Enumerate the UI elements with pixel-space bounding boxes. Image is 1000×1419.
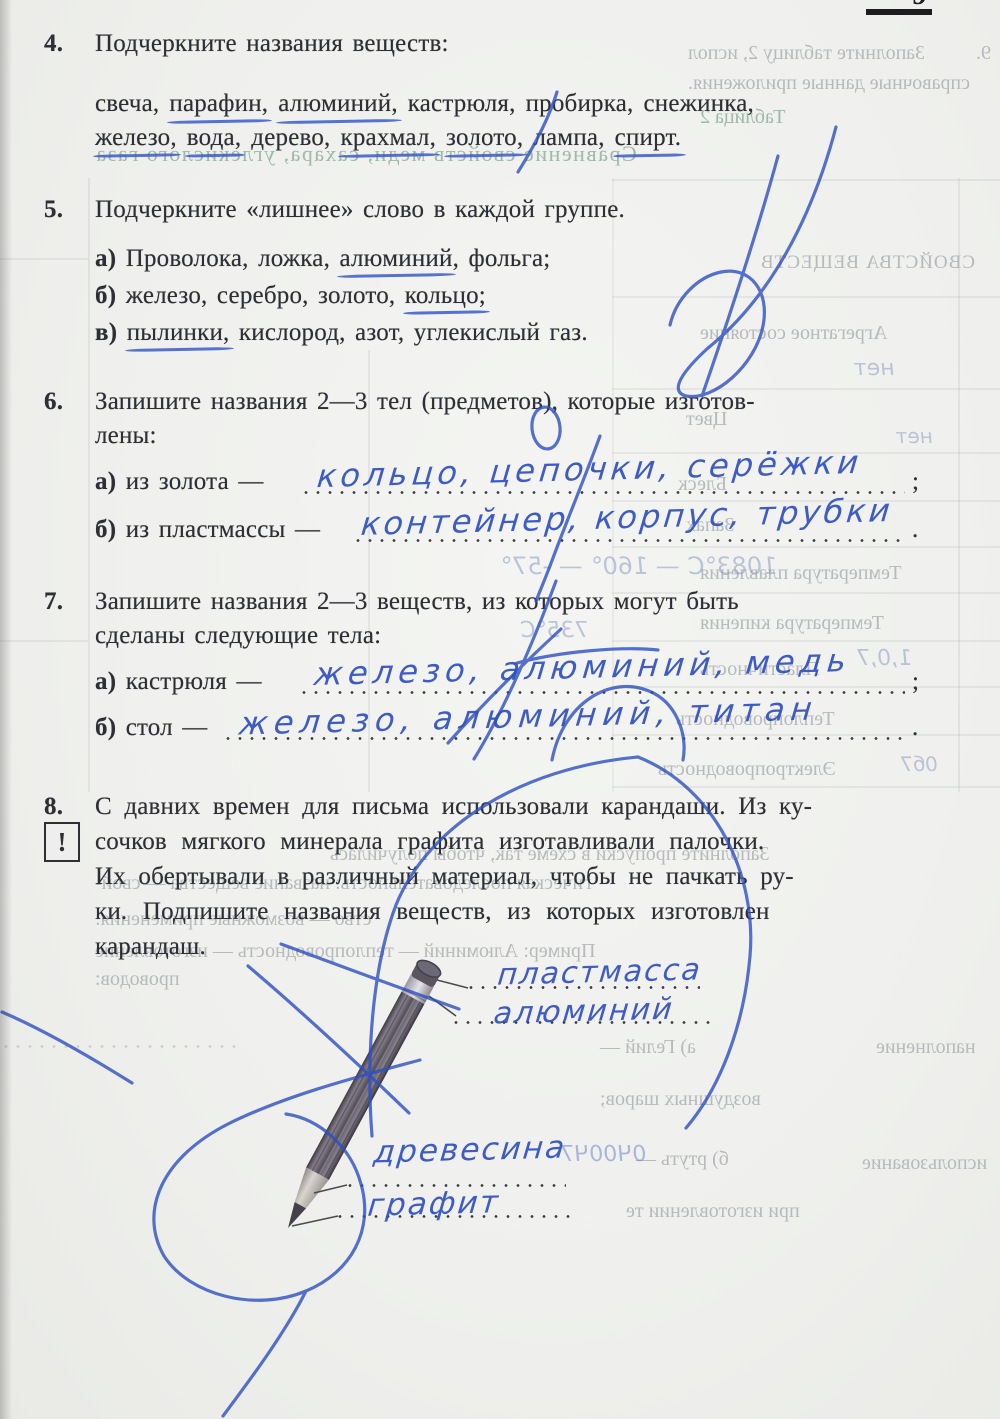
bleed-table-line — [612, 296, 1000, 298]
bleedthrough-text: СВОЙСТВА ВЕЩЕСТВ — [760, 252, 975, 274]
word-underlined: спирт. — [615, 124, 682, 152]
punctuation: . — [912, 516, 918, 544]
item-prompt: стол — — [126, 714, 208, 741]
word: пробирка, — [526, 90, 634, 118]
item-label: а) — [95, 668, 116, 695]
exercise-5-item-c: в) пылинки, кислород, азот, углекислый г… — [95, 319, 588, 347]
exercise-8-text-line: ки. Подпишите названия веществ, из котор… — [95, 898, 770, 926]
bleed-table-line — [612, 686, 1000, 688]
word-underlined: золото, — [446, 124, 523, 152]
exercise-8-text-line: Их обертывали в различный материал, чтоб… — [95, 863, 794, 891]
important-icon: ! — [44, 822, 80, 862]
word: лампа, — [533, 124, 604, 152]
item-prompt: из золота — — [126, 468, 264, 495]
bleedthrough-text: проводов: — [95, 968, 180, 991]
bleed-table-line — [612, 179, 1000, 181]
exercise-7-title: сделаны следующие тела: — [95, 622, 381, 650]
word-underlined: пылинки, — [127, 319, 230, 346]
exercise-8-number: 8. — [44, 793, 63, 821]
workbook-page: 9 9. Заполните таблицу 2, испол справочн… — [0, 0, 1000, 1419]
item-text: кислород, азот, углекислый газ. — [229, 319, 587, 346]
handwritten-answer: кольцо, цепочки, серёжки — [315, 443, 864, 495]
word-underlined: вода, — [187, 124, 241, 152]
item-label: в) — [95, 319, 117, 346]
page-number-partial: 9 — [905, 0, 939, 9]
bleedthrough-text: а) Гелий — — [600, 1036, 696, 1059]
punctuation: ; — [912, 468, 919, 496]
bleedthrough-text: воздушных шаров; — [600, 1088, 761, 1111]
exercise-4-number: 4. — [44, 30, 63, 58]
bleed-table-line — [0, 258, 88, 260]
exercise-6-title: лены: — [95, 422, 157, 450]
bleedthrough-text: Агрегатное состояние — [700, 322, 887, 345]
item-text: железо, серебро, золото, — [126, 282, 405, 309]
exercise-6-item-a: а) из золота — — [95, 468, 264, 496]
exercise-4-word-line: свеча,парафин,алюминий,кастрюля,пробирка… — [95, 90, 764, 118]
item-text: , фольга; — [453, 245, 551, 272]
bleed-table-line — [612, 546, 1000, 548]
bleedthrough-text: б) ртуть — — [636, 1148, 729, 1171]
exercise-5-number: 5. — [44, 196, 63, 224]
bleedthrough-handwriting: 1,0,7 — [855, 646, 914, 671]
bleedthrough-handwriting: 0б7 — [899, 752, 939, 776]
pencil-label-wood: древесина — [372, 1129, 568, 1170]
exercise-7-item-a: а) кастрюля — — [95, 668, 262, 696]
bleedthrough-handwriting: 735°С — [519, 618, 590, 643]
bleedthrough-text: наполнение — [876, 1036, 976, 1059]
exercise-6-number: 6. — [44, 388, 63, 416]
bleedthrough-handwriting: 0Ч00Ч7 — [559, 1142, 648, 1167]
exercise-8-text-line: С давних времен для письма использовали … — [95, 793, 812, 821]
word-underlined: крахмал, — [340, 124, 436, 152]
bleedthrough-handwriting: 1083°С — 160° — -57° — [499, 552, 779, 580]
page-number-underline — [866, 9, 932, 15]
exercise-6-title: Запишите названия 2—3 тел (предметов), к… — [95, 388, 755, 416]
bleedthrough-text: использование — [862, 1152, 987, 1175]
bleedthrough-text: Заполните таблицу 2, испол — [688, 42, 925, 65]
bleed-table-line — [0, 640, 88, 642]
word: свеча, — [95, 90, 159, 118]
exercise-6-item-b: б) из пластмассы — — [95, 516, 320, 544]
pencil-label-aluminum: алюминий — [492, 992, 675, 1032]
bleedthrough-text: 9. — [976, 42, 991, 65]
bleed-table-line — [88, 178, 90, 792]
exercise-5-title: Подчеркните «лишнее» слово в каждой груп… — [95, 196, 625, 224]
bleedthrough-dotted-line — [0, 1044, 238, 1049]
pencil-label-plastic: пластмасса — [496, 952, 703, 992]
word-underlined: кольцо; — [405, 282, 486, 309]
item-text: Проволока, ложка, — [126, 245, 340, 272]
item-label: б) — [95, 516, 116, 543]
exercise-7-item-b: б) стол — — [95, 714, 207, 742]
exercise-8-text-line: сочков мягкого минерала графита изготавл… — [95, 828, 764, 856]
item-prompt: из пластмассы — — [126, 516, 320, 543]
word: снежинка, — [643, 90, 754, 118]
word: кастрюля, — [408, 90, 516, 118]
item-label: а) — [95, 245, 116, 272]
bleedthrough-text: при изготовлении те — [626, 1200, 800, 1223]
bleed-table-line — [612, 786, 1000, 788]
exercise-5-item-a: а) Проволока, ложка, алюминий, фольга; — [95, 245, 550, 273]
word-underlined: алюминий, — [278, 90, 398, 118]
exercise-7-number: 7. — [44, 588, 63, 616]
word-underlined: алюминий — [339, 245, 452, 272]
handwritten-answer: контейнер, корпус, трубки — [359, 491, 894, 543]
bleedthrough-handwriting: нет — [895, 424, 935, 448]
exercise-5-item-b: б) железо, серебро, золото, кольцо; — [95, 282, 486, 310]
word-underlined: парафин, — [169, 90, 268, 118]
item-label: б) — [95, 714, 116, 741]
word: дерево, — [251, 124, 330, 152]
exercise-8-text-line: карандаш. — [95, 933, 206, 961]
scan-edge-shadow — [0, 0, 12, 1419]
word-underlined: железо, — [95, 124, 177, 152]
exercise-7-title: Запишите названия 2—3 веществ, из которы… — [95, 588, 739, 616]
bleedthrough-handwriting: нет — [853, 356, 896, 381]
punctuation: ; — [912, 668, 919, 696]
item-prompt: кастрюля — — [126, 668, 262, 695]
bleedthrough-text: Электропроводность — [658, 758, 836, 781]
exercise-4-word-line: железо,вода,дерево,крахмал,золото,лампа,… — [95, 124, 691, 152]
pencil-label-graphite: графит — [366, 1184, 502, 1223]
exercise-4-title: Подчеркните названия веществ: — [95, 30, 449, 58]
punctuation: . — [912, 714, 918, 742]
item-label: а) — [95, 468, 116, 495]
item-label: б) — [95, 282, 116, 309]
